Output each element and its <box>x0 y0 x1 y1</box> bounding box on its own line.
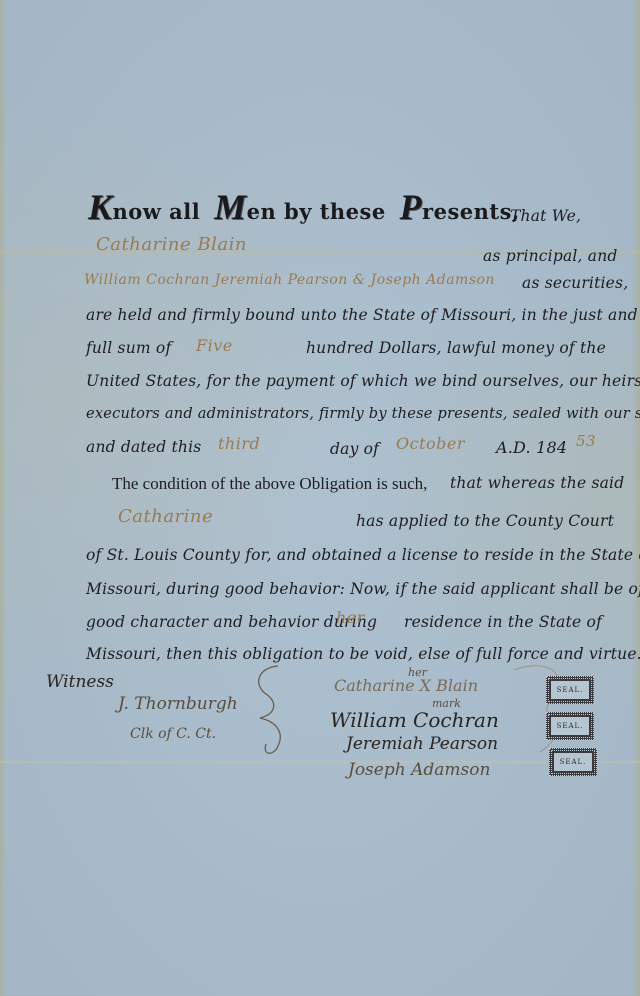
dated-label: and dated this <box>86 438 201 456</box>
witness-title: Clk of C. Ct. <box>130 726 216 742</box>
heading-cap-p: P <box>400 187 423 227</box>
bond-text-line-10: of St. Louis County for, and obtained a … <box>86 546 640 564</box>
securities-label: as securities, <box>522 274 628 292</box>
heading-cap-m: M <box>214 187 247 227</box>
signature-security-1: William Cochran <box>330 708 499 732</box>
principal-label: as principal, and <box>483 247 618 265</box>
seal-label: SEAL. <box>555 721 586 731</box>
bond-text-line-11: Missouri, during good behavior: Now, if … <box>86 580 640 598</box>
that-we-text: That We, <box>510 207 581 225</box>
seal-label: SEAL. <box>555 685 586 695</box>
dated-year: 53 <box>576 432 596 450</box>
seal-box-1: SEAL. <box>546 676 594 704</box>
securities-names: William Cochran Jeremiah Pearson & Josep… <box>84 272 495 288</box>
condition-text-2: that whereas the said <box>450 474 624 492</box>
heading-cap-k: K <box>88 187 113 227</box>
day-of-label: day of <box>330 440 379 458</box>
witness-brace-flourish <box>248 662 298 762</box>
bond-text-line-6: executors and administrators, firmly by … <box>86 405 640 422</box>
bond-text-line-5: United States, for the payment of which … <box>86 372 640 390</box>
pronoun-handwritten: her <box>336 608 365 627</box>
applicant-name: Catharine <box>118 506 213 527</box>
heading-text-3: resents, <box>422 199 520 224</box>
paper-edge-right <box>632 0 640 996</box>
seal-box-2: SEAL. <box>546 712 594 740</box>
dated-day: third <box>218 434 260 453</box>
seal-label: SEAL. <box>558 757 589 767</box>
dated-month: October <box>396 434 465 453</box>
signature-security-2: Jeremiah Pearson <box>346 734 498 754</box>
signature-principal: Catharine X Blain <box>334 676 478 695</box>
document-heading: Know all Men by these Presents, <box>88 186 520 228</box>
bond-text-line-4: hundred Dollars, lawful money of the <box>306 339 606 357</box>
bond-text-line-12a: good character and behavior during <box>86 613 377 631</box>
year-prefix: A.D. 184 <box>496 438 567 457</box>
bond-text-line-3: are held and firmly bound unto the State… <box>86 306 638 324</box>
witness-label: Witness <box>46 672 114 692</box>
bond-text-line-12b: residence in the State of <box>404 613 602 631</box>
heading-text-2: en by these <box>247 199 386 224</box>
seal-box-3: SEAL. <box>549 748 597 776</box>
principal-name: Catharine Blain <box>96 234 247 255</box>
applied-text: has applied to the County Court <box>356 512 614 530</box>
bond-amount: Five <box>196 336 233 355</box>
witness-name: J. Thornburgh <box>118 694 238 714</box>
condition-text: The condition of the above Obligation is… <box>112 474 427 494</box>
signature-security-3: Joseph Adamson <box>348 760 490 780</box>
paper-edge-left <box>0 0 6 996</box>
bond-text-sum-label: full sum of <box>86 339 171 357</box>
heading-text-1: now all <box>113 199 201 224</box>
